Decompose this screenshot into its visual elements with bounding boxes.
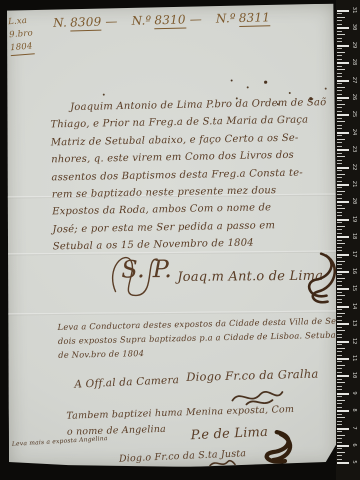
archival-photo: L.xa 9.bro 1804 N.8309— N.º8310— N.º8311… (0, 0, 360, 480)
ruler-tick-minor (337, 379, 342, 380)
ruler-tick-minor (337, 121, 345, 122)
ruler-tick-major (337, 306, 349, 308)
manuscript-paper: L.xa 9.bro 1804 N.8309— N.º8310— N.º8311… (5, 4, 339, 469)
ruler-tick-minor (337, 73, 342, 74)
signature-initials: S. P. (121, 255, 172, 283)
ruler-number: 15 (350, 283, 358, 293)
ruler-tick-minor (337, 66, 342, 67)
ruler-tick-minor (337, 403, 342, 404)
registry-numbers: N.8309— N.º8310— N.º8311 (53, 10, 270, 30)
ruler-tick-minor (337, 107, 342, 108)
ruler-tick-minor (337, 421, 342, 422)
ruler-tick-minor (337, 76, 342, 77)
ruler-tick-minor (337, 250, 342, 251)
ruler-tick-minor (337, 243, 345, 244)
ruler-tick-minor (337, 142, 342, 143)
ruler-tick-minor (337, 400, 345, 401)
ruler-tick-minor (337, 34, 345, 35)
ruler-tick-minor (337, 334, 342, 335)
ruler-tick-minor (337, 438, 342, 439)
ruler-tick-major (337, 375, 349, 377)
ruler-tick-minor (337, 292, 342, 293)
ruler-tick-minor (337, 274, 342, 275)
lima-signature: P.e de Lima (190, 425, 268, 443)
ruler-tick-minor (337, 431, 342, 432)
ruler-tick-minor (337, 268, 342, 269)
ruler-tick-major (337, 341, 349, 343)
ruler-tick-minor (337, 55, 342, 56)
year: 1804 (10, 40, 35, 56)
ruler-tick-minor (337, 327, 342, 328)
ink-specks (231, 79, 233, 81)
ruler-number: 19 (350, 214, 358, 224)
registry-number: N.º8311 (216, 10, 270, 25)
ruler-number: 16 (350, 266, 358, 276)
ruler-tick-minor (337, 299, 342, 300)
ruler-tick-minor (337, 316, 342, 317)
ruler-number: 5 (350, 457, 358, 467)
ruler-tick-minor (337, 17, 345, 18)
ruler-tick-major (337, 323, 349, 325)
ruler-tick-major (337, 358, 349, 360)
ruler-tick-minor (337, 13, 342, 14)
ruler-tick-minor (337, 215, 342, 216)
ruler-tick-minor (337, 459, 342, 460)
ruler-tick-minor (337, 48, 342, 49)
ruler-tick-minor (337, 278, 345, 279)
ruler-number: 11 (350, 353, 358, 363)
ruler-number: 18 (350, 231, 358, 241)
ruler-tick-minor (337, 344, 342, 345)
ruler-tick-minor (337, 396, 342, 397)
ruler-tick-minor (337, 125, 342, 126)
ruler-tick-minor (337, 382, 345, 383)
signature-name: Joaq.m Ant.o de Lima (177, 269, 323, 285)
ruler-tick-minor (337, 177, 342, 178)
ruler-tick-minor (337, 455, 342, 456)
ruler-tick-major (337, 236, 349, 238)
diogo-signature: Diogo Fr.co da Gralha (186, 367, 319, 384)
ruler-tick-minor (337, 264, 342, 265)
ruler-tick-major (337, 288, 349, 290)
priest-signature: S. P. Joaq.m Ant.o de Lima (115, 250, 340, 310)
ruler-number: 31 (350, 5, 358, 15)
ruler-tick-minor (337, 153, 342, 154)
ruler-tick-minor (337, 135, 342, 136)
ruler-tick-minor (337, 163, 342, 164)
ruler-tick-minor (337, 247, 342, 248)
certificate-body: Joaquim Antonio de Lima P.bro da Ordem d… (50, 94, 315, 256)
ruler-tick-minor (337, 128, 342, 129)
ruler-tick-minor (337, 90, 342, 91)
ruler-tick-major (337, 80, 349, 82)
ruler-tick-major (337, 462, 349, 464)
ruler-number: 30 (350, 22, 358, 32)
ruler-tick-minor (337, 212, 342, 213)
ruler-tick-minor (337, 222, 342, 223)
ruler-tick-minor (337, 355, 342, 356)
ruler-tick-minor (337, 94, 342, 95)
ruler-tick-minor (337, 361, 342, 362)
ruler-tick-minor (337, 156, 345, 157)
ruler-number: 25 (350, 109, 358, 119)
ruler-tick-major (337, 184, 349, 186)
ruler-tick-minor (337, 414, 342, 415)
ruler-tick-major (337, 114, 349, 116)
ruler-tick-minor (337, 285, 342, 286)
ruler-tick-minor (337, 208, 345, 209)
ruler-tick-minor (337, 24, 342, 25)
ruler-tick-minor (337, 52, 345, 53)
ruler-tick-minor (337, 442, 342, 443)
ruler-tick-minor (337, 146, 342, 147)
ruler-number: 27 (350, 75, 358, 85)
ruler-tick-minor (337, 386, 342, 387)
ruler-tick-minor (337, 83, 342, 84)
ruler-tick-minor (337, 257, 342, 258)
ruler-tick-major (337, 149, 349, 151)
ruler-tick-minor (337, 139, 345, 140)
ruler-tick-minor (337, 194, 342, 195)
ruler-tick-minor (337, 100, 342, 101)
ruler-tick-minor (337, 368, 342, 369)
ruler-tick-major (337, 132, 349, 134)
ruler-tick-minor (337, 87, 345, 88)
ruler-number: 29 (350, 40, 358, 50)
margin-note: Leva mais a exposta Angelina (12, 435, 108, 448)
ruler-tick-minor (337, 261, 345, 262)
ruler-tick-major (337, 97, 349, 99)
ruler-tick-minor (337, 309, 342, 310)
ruler-tick-minor (337, 435, 345, 436)
ruler-tick-minor (337, 118, 342, 119)
ruler-tick-minor (337, 233, 342, 234)
measuring-scale: 3130292827262524232221201918171615141312… (336, 0, 360, 480)
ruler-tick-minor (337, 69, 345, 70)
ruler-tick-minor (337, 31, 342, 32)
registry-number: N.º8310— (131, 12, 202, 28)
ruler-tick-major (337, 45, 349, 47)
ruler-tick-major (337, 167, 349, 169)
ruler-number: 22 (350, 162, 358, 172)
ruler-tick-major (337, 271, 349, 273)
ruler-tick-minor (337, 448, 342, 449)
ruler-tick-minor (337, 198, 342, 199)
ruler-tick-major (337, 27, 349, 29)
ruler-number: 14 (350, 301, 358, 311)
ruler-tick-minor (337, 417, 345, 418)
ruler-tick-major (337, 219, 349, 221)
ruler-tick-major (337, 254, 349, 256)
ruler-number: 7 (350, 423, 358, 433)
ruler-tick-minor (337, 181, 342, 182)
ruler-tick-major (337, 410, 349, 412)
ruler-number: 10 (350, 370, 358, 380)
ruler-number: 28 (350, 57, 358, 67)
ruler-tick-minor (337, 313, 345, 314)
ruler-number: 20 (350, 196, 358, 206)
ruler-tick-minor (337, 365, 345, 366)
ruler-tick-minor (337, 348, 345, 349)
ruler-tick-major (337, 393, 349, 395)
ruler-tick-minor (337, 229, 342, 230)
ruler-tick-minor (337, 20, 342, 21)
ruler-tick-minor (337, 187, 342, 188)
ruler-tick-major (337, 62, 349, 64)
ruler-tick-minor (337, 226, 345, 227)
ruler-number: 9 (350, 388, 358, 398)
ruler-number: 13 (350, 318, 358, 328)
ruler-tick-minor (337, 295, 345, 296)
ruler-tick-minor (337, 452, 345, 453)
ruler-tick-minor (337, 160, 342, 161)
ruler-tick-minor (337, 191, 345, 192)
conductor-note: Leva a Conductora destes expostos da Cid… (57, 314, 336, 362)
ruler-tick-minor (337, 351, 342, 352)
ruler-tick-minor (337, 111, 342, 112)
ruler-number: 17 (350, 249, 358, 259)
ruler-tick-minor (337, 104, 345, 105)
ruler-tick-minor (337, 170, 342, 171)
ruler-tick-minor (337, 41, 342, 42)
ruler-tick-minor (337, 240, 342, 241)
ruler-tick-minor (337, 302, 342, 303)
registry-number: N.8309— (53, 14, 118, 30)
ruler-tick-major (337, 201, 349, 203)
ruler-tick-minor (337, 389, 342, 390)
ruler-tick-minor (337, 281, 342, 282)
ruler-number: 8 (350, 405, 358, 415)
ruler-tick-minor (337, 59, 342, 60)
ruler-tick-minor (337, 174, 345, 175)
place-date-note: L.xa 9.bro 1804 (8, 14, 35, 56)
ruler-tick-minor (337, 424, 342, 425)
ruler-tick-minor (337, 407, 342, 408)
ruler-tick-minor (337, 372, 342, 373)
ruler-number: 26 (350, 92, 358, 102)
ruler-number: 23 (350, 144, 358, 154)
ruler-tick-major (337, 445, 349, 447)
ruler-tick-minor (337, 205, 342, 206)
ruler-tick-minor (337, 38, 342, 39)
ruler-tick-minor (337, 330, 345, 331)
ruler-number: 12 (350, 336, 358, 346)
ruler-tick-minor (337, 320, 342, 321)
ruler-number: 6 (350, 440, 358, 450)
bottom-signature: Diog.o Fr.co da S.ta Justa (119, 448, 247, 465)
camara-official-signature: A Off.al da Camera (74, 374, 179, 391)
ruler-number: 24 (350, 127, 358, 137)
ruler-tick-minor (337, 337, 342, 338)
ruler-number: 21 (350, 179, 358, 189)
ruler-tick-major (337, 428, 349, 430)
ruler-tick-major (337, 10, 349, 12)
ruler-ticks: 3130292827262524232221201918171615141312… (336, 0, 360, 480)
